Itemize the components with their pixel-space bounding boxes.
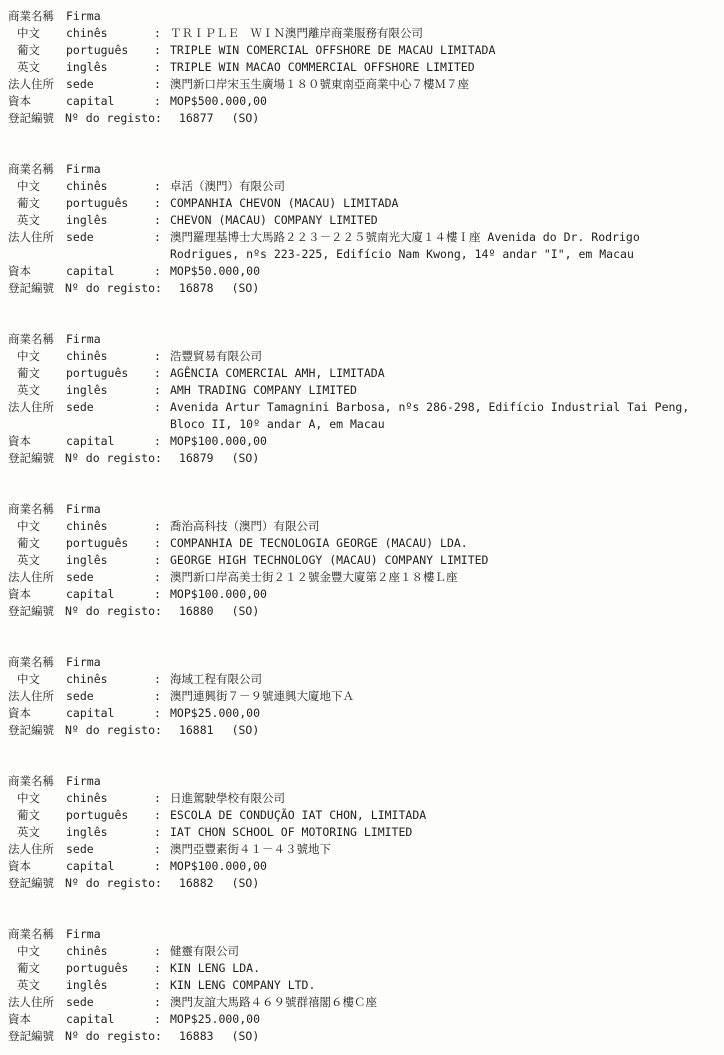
field-row-address: 法人住所sede:Avenida Artur Tamagnini Barbosa… — [8, 399, 714, 433]
registry-number: 16881 — [179, 722, 214, 739]
colon-separator: : — [154, 59, 170, 76]
label-zh-chinese-name: 中文 — [8, 25, 66, 42]
colon-separator: : — [154, 365, 170, 382]
registry-label-pt: Nº do registo: — [65, 450, 162, 467]
field-value-line: Bloco II, 10º andar A, em Macau — [170, 416, 714, 433]
label-pt-firm: Firma — [66, 926, 154, 943]
registry-entry: 商業名稱Firma中文chinês:ＴＲＩＰＬＥ ＷＩＮ澳門離岸商業服務有限公司… — [8, 8, 714, 127]
label-zh-firm: 商業名稱 — [8, 8, 66, 25]
field-value-line: AGÊNCIA COMERCIAL AMH, LIMITADA — [170, 365, 714, 382]
field-value-capital: MOP$25.000,00 — [170, 705, 714, 722]
field-row-firm: 商業名稱Firma — [8, 8, 714, 25]
registry-entries: 商業名稱Firma中文chinês:ＴＲＩＰＬＥ ＷＩＮ澳門離岸商業服務有限公司… — [8, 8, 714, 1045]
field-value-portuguese-name: TRIPLE WIN COMERCIAL OFFSHORE DE MACAU L… — [170, 42, 714, 59]
field-value-line: ESCOLA DE CONDUÇÃO IAT CHON, LIMITADA — [170, 807, 714, 824]
field-value-line: CHEVON (MACAU) COMPANY LIMITED — [170, 212, 714, 229]
colon-separator: : — [154, 994, 170, 1011]
colon-separator: : — [154, 348, 170, 365]
label-zh-capital: 資本 — [8, 433, 66, 450]
colon-separator: : — [154, 960, 170, 977]
label-zh-firm: 商業名稱 — [8, 926, 66, 943]
registry-entry: 商業名稱Firma中文chinês:日進駕駛學校有限公司葡文português:… — [8, 773, 714, 892]
field-row-address: 法人住所sede:澳門羅理基博士大馬路２２３－２２５號南光大廈１４樓Ｉ座 Ave… — [8, 229, 714, 263]
colon-separator: : — [154, 212, 170, 229]
label-zh-address: 法人住所 — [8, 841, 66, 858]
colon-separator: : — [154, 93, 170, 110]
colon-separator: : — [154, 671, 170, 688]
registry-number-row: 登記編號Nº do registo:16877(SO) — [8, 110, 714, 127]
field-row-capital: 資本capital:MOP$100.000,00 — [8, 433, 714, 450]
field-value-line: TRIPLE WIN COMERCIAL OFFSHORE DE MACAU L… — [170, 42, 714, 59]
label-pt-firm: Firma — [66, 161, 154, 178]
label-pt-chinese-name: chinês — [66, 671, 154, 688]
colon-separator: : — [154, 943, 170, 960]
label-pt-portuguese-name: português — [66, 535, 154, 552]
field-value-chinese-name: 海域工程有限公司 — [170, 671, 714, 688]
label-zh-portuguese-name: 葡文 — [8, 42, 66, 59]
label-pt-portuguese-name: português — [66, 365, 154, 382]
label-zh-english-name: 英文 — [8, 382, 66, 399]
field-value-capital: MOP$100.000,00 — [170, 586, 714, 603]
registry-number-row: 登記編號Nº do registo:16880(SO) — [8, 603, 714, 620]
registry-suffix: (SO) — [232, 280, 260, 297]
colon-separator: : — [154, 229, 170, 246]
field-value-english-name: IAT CHON SCHOOL OF MOTORING LIMITED — [170, 824, 714, 841]
field-value-english-name: CHEVON (MACAU) COMPANY LIMITED — [170, 212, 714, 229]
field-value-line: Rodrigues, nºs 223-225, Edifício Nam Kwo… — [170, 246, 714, 263]
field-row-chinese-name: 中文chinês:浩豐貿易有限公司 — [8, 348, 714, 365]
colon-separator: : — [154, 841, 170, 858]
field-row-address: 法人住所sede:澳門連興街７－９號連興大廈地下Ａ — [8, 688, 714, 705]
field-row-firm: 商業名稱Firma — [8, 161, 714, 178]
registry-number: 16879 — [179, 450, 214, 467]
registry-suffix: (SO) — [232, 450, 260, 467]
field-row-firm: 商業名稱Firma — [8, 654, 714, 671]
label-zh-portuguese-name: 葡文 — [8, 807, 66, 824]
label-pt-address: sede — [66, 399, 154, 416]
field-value-line: 澳門新口岸宋玉生廣場１８０號東南亞商業中心７樓Ｍ７座 — [170, 76, 714, 93]
field-row-portuguese-name: 葡文português:ESCOLA DE CONDUÇÃO IAT CHON,… — [8, 807, 714, 824]
field-value-line: Avenida Artur Tamagnini Barbosa, nºs 286… — [170, 399, 714, 416]
registry-suffix: (SO) — [232, 875, 260, 892]
label-pt-address: sede — [66, 688, 154, 705]
field-row-firm: 商業名稱Firma — [8, 501, 714, 518]
label-pt-capital: capital — [66, 433, 154, 450]
registry-label-pt: Nº do registo: — [65, 722, 162, 739]
registry-number: 16882 — [179, 875, 214, 892]
field-value-line: 澳門亞豐素街４１－４３號地下 — [170, 841, 714, 858]
label-pt-firm: Firma — [66, 8, 154, 25]
label-pt-english-name: inglês — [66, 59, 154, 76]
registry-suffix: (SO) — [232, 603, 260, 620]
label-pt-english-name: inglês — [66, 977, 154, 994]
label-pt-firm: Firma — [66, 501, 154, 518]
field-row-chinese-name: 中文chinês:ＴＲＩＰＬＥ ＷＩＮ澳門離岸商業服務有限公司 — [8, 25, 714, 42]
label-pt-firm: Firma — [66, 773, 154, 790]
registry-number-row: 登記編號Nº do registo:16882(SO) — [8, 875, 714, 892]
field-row-address: 法人住所sede:澳門新口岸高美士街２１２號金豐大廈第２座１８樓Ｌ座 — [8, 569, 714, 586]
field-row-address: 法人住所sede:澳門新口岸宋玉生廣場１８０號東南亞商業中心７樓Ｍ７座 — [8, 76, 714, 93]
label-pt-capital: capital — [66, 93, 154, 110]
colon-separator: : — [154, 807, 170, 824]
colon-separator: : — [154, 552, 170, 569]
field-value-line: 喬治高科技（澳門）有限公司 — [170, 518, 714, 535]
field-row-english-name: 英文inglês:GEORGE HIGH TECHNOLOGY (MACAU) … — [8, 552, 714, 569]
field-value-english-name: TRIPLE WIN MACAO COMMERCIAL OFFSHORE LIM… — [170, 59, 714, 76]
label-pt-chinese-name: chinês — [66, 348, 154, 365]
registry-label-zh: 登記編號 — [8, 450, 54, 467]
label-zh-chinese-name: 中文 — [8, 518, 66, 535]
label-pt-chinese-name: chinês — [66, 178, 154, 195]
field-row-english-name: 英文inglês:AMH TRADING COMPANY LIMITED — [8, 382, 714, 399]
label-pt-chinese-name: chinês — [66, 943, 154, 960]
colon-separator: : — [154, 977, 170, 994]
label-zh-english-name: 英文 — [8, 824, 66, 841]
field-value-line: 浩豐貿易有限公司 — [170, 348, 714, 365]
registry-suffix: (SO) — [232, 722, 260, 739]
registry-number: 16880 — [179, 603, 214, 620]
registry-label-pt: Nº do registo: — [65, 280, 162, 297]
label-pt-portuguese-name: português — [66, 960, 154, 977]
colon-separator: : — [154, 263, 170, 280]
field-value-line: MOP$100.000,00 — [170, 858, 714, 875]
field-row-firm: 商業名稱Firma — [8, 331, 714, 348]
field-row-portuguese-name: 葡文português:AGÊNCIA COMERCIAL AMH, LIMIT… — [8, 365, 714, 382]
field-value-line: MOP$100.000,00 — [170, 433, 714, 450]
field-value-english-name: AMH TRADING COMPANY LIMITED — [170, 382, 714, 399]
field-row-portuguese-name: 葡文português:COMPANHIA CHEVON (MACAU) LIM… — [8, 195, 714, 212]
field-value-line: ＴＲＩＰＬＥ ＷＩＮ澳門離岸商業服務有限公司 — [170, 25, 714, 42]
registry-entry: 商業名稱Firma中文chinês:卓活（澳門）有限公司葡文português:… — [8, 161, 714, 297]
registry-label-zh: 登記編號 — [8, 603, 54, 620]
field-value-line: 卓活（澳門）有限公司 — [170, 178, 714, 195]
colon-separator: : — [154, 25, 170, 42]
registry-suffix: (SO) — [232, 1028, 260, 1045]
label-pt-capital: capital — [66, 858, 154, 875]
field-row-chinese-name: 中文chinês:健靈有限公司 — [8, 943, 714, 960]
field-value-line: GEORGE HIGH TECHNOLOGY (MACAU) COMPANY L… — [170, 552, 714, 569]
field-row-capital: 資本capital:MOP$100.000,00 — [8, 586, 714, 603]
label-zh-english-name: 英文 — [8, 977, 66, 994]
label-zh-english-name: 英文 — [8, 212, 66, 229]
registry-number: 16883 — [179, 1028, 214, 1045]
label-pt-capital: capital — [66, 586, 154, 603]
registry-suffix: (SO) — [232, 110, 260, 127]
field-value-line: 日進駕駛學校有限公司 — [170, 790, 714, 807]
field-value-line: COMPANHIA DE TECNOLOGIA GEORGE (MACAU) L… — [170, 535, 714, 552]
registry-entry: 商業名稱Firma中文chinês:喬治高科技（澳門）有限公司葡文portugu… — [8, 501, 714, 620]
field-value-line: MOP$25.000,00 — [170, 1011, 714, 1028]
label-zh-chinese-name: 中文 — [8, 790, 66, 807]
field-value-capital: MOP$50.000,00 — [170, 263, 714, 280]
colon-separator: : — [154, 76, 170, 93]
colon-separator: : — [154, 1011, 170, 1028]
colon-separator: : — [154, 178, 170, 195]
field-row-firm: 商業名稱Firma — [8, 773, 714, 790]
field-value-line: MOP$100.000,00 — [170, 586, 714, 603]
field-value-line: COMPANHIA CHEVON (MACAU) LIMITADA — [170, 195, 714, 212]
field-value-english-name: KIN LENG COMPANY LTD. — [170, 977, 714, 994]
label-pt-chinese-name: chinês — [66, 518, 154, 535]
label-zh-portuguese-name: 葡文 — [8, 535, 66, 552]
colon-separator: : — [154, 518, 170, 535]
field-value-address: 澳門亞豐素街４１－４３號地下 — [170, 841, 714, 858]
field-value-line: MOP$25.000,00 — [170, 705, 714, 722]
gazette-registry-page: 商業名稱Firma中文chinês:ＴＲＩＰＬＥ ＷＩＮ澳門離岸商業服務有限公司… — [0, 0, 724, 1045]
label-zh-capital: 資本 — [8, 705, 66, 722]
label-pt-address: sede — [66, 994, 154, 1011]
label-zh-english-name: 英文 — [8, 552, 66, 569]
label-pt-address: sede — [66, 569, 154, 586]
colon-separator: : — [154, 688, 170, 705]
field-row-address: 法人住所sede:澳門亞豐素街４１－４３號地下 — [8, 841, 714, 858]
field-row-english-name: 英文inglês:KIN LENG COMPANY LTD. — [8, 977, 714, 994]
colon-separator: : — [154, 790, 170, 807]
field-row-capital: 資本capital:MOP$50.000,00 — [8, 263, 714, 280]
registry-entry: 商業名稱Firma中文chinês:海域工程有限公司法人住所sede:澳門連興街… — [8, 654, 714, 739]
field-row-chinese-name: 中文chinês:海域工程有限公司 — [8, 671, 714, 688]
label-zh-chinese-name: 中文 — [8, 943, 66, 960]
field-row-chinese-name: 中文chinês:日進駕駛學校有限公司 — [8, 790, 714, 807]
registry-label-zh: 登記編號 — [8, 875, 54, 892]
field-value-line: 澳門羅理基博士大馬路２２３－２２５號南光大廈１４樓Ｉ座 Avenida do D… — [170, 229, 714, 246]
field-value-address: 澳門羅理基博士大馬路２２３－２２５號南光大廈１４樓Ｉ座 Avenida do D… — [170, 229, 714, 263]
label-zh-chinese-name: 中文 — [8, 178, 66, 195]
field-value-line: 澳門友誼大馬路４６９號群禧閣６樓Ｃ座 — [170, 994, 714, 1011]
field-value-address: 澳門新口岸高美士街２１２號金豐大廈第２座１８樓Ｌ座 — [170, 569, 714, 586]
field-value-portuguese-name: AGÊNCIA COMERCIAL AMH, LIMITADA — [170, 365, 714, 382]
label-zh-address: 法人住所 — [8, 994, 66, 1011]
field-row-chinese-name: 中文chinês:喬治高科技（澳門）有限公司 — [8, 518, 714, 535]
field-row-english-name: 英文inglês:TRIPLE WIN MACAO COMMERCIAL OFF… — [8, 59, 714, 76]
field-value-line: TRIPLE WIN MACAO COMMERCIAL OFFSHORE LIM… — [170, 59, 714, 76]
label-zh-firm: 商業名稱 — [8, 654, 66, 671]
label-pt-address: sede — [66, 76, 154, 93]
label-zh-firm: 商業名稱 — [8, 331, 66, 348]
field-value-line: IAT CHON SCHOOL OF MOTORING LIMITED — [170, 824, 714, 841]
colon-separator: : — [154, 586, 170, 603]
field-row-address: 法人住所sede:澳門友誼大馬路４６９號群禧閣６樓Ｃ座 — [8, 994, 714, 1011]
colon-separator: : — [154, 858, 170, 875]
field-value-line: KIN LENG LDA. — [170, 960, 714, 977]
registry-label-pt: Nº do registo: — [65, 110, 162, 127]
field-value-line: MOP$50.000,00 — [170, 263, 714, 280]
field-value-address: 澳門連興街７－９號連興大廈地下Ａ — [170, 688, 714, 705]
colon-separator: : — [154, 433, 170, 450]
label-zh-address: 法人住所 — [8, 569, 66, 586]
colon-separator: : — [154, 399, 170, 416]
registry-number: 16878 — [179, 280, 214, 297]
label-pt-firm: Firma — [66, 331, 154, 348]
registry-number-row: 登記編號Nº do registo:16878(SO) — [8, 280, 714, 297]
field-row-capital: 資本capital:MOP$25.000,00 — [8, 1011, 714, 1028]
label-pt-capital: capital — [66, 705, 154, 722]
registry-label-zh: 登記編號 — [8, 1028, 54, 1045]
field-row-portuguese-name: 葡文português:TRIPLE WIN COMERCIAL OFFSHOR… — [8, 42, 714, 59]
label-zh-address: 法人住所 — [8, 399, 66, 416]
registry-label-zh: 登記編號 — [8, 110, 54, 127]
field-value-address: Avenida Artur Tamagnini Barbosa, nºs 286… — [170, 399, 714, 433]
field-value-capital: MOP$25.000,00 — [170, 1011, 714, 1028]
label-zh-portuguese-name: 葡文 — [8, 195, 66, 212]
registry-label-zh: 登記編號 — [8, 722, 54, 739]
field-value-capital: MOP$500.000,00 — [170, 93, 714, 110]
field-value-capital: MOP$100.000,00 — [170, 858, 714, 875]
registry-label-zh: 登記編號 — [8, 280, 54, 297]
registry-label-pt: Nº do registo: — [65, 1028, 162, 1045]
label-zh-address: 法人住所 — [8, 76, 66, 93]
registry-number-row: 登記編號Nº do registo:16879(SO) — [8, 450, 714, 467]
label-zh-capital: 資本 — [8, 586, 66, 603]
field-value-address: 澳門友誼大馬路４６９號群禧閣６樓Ｃ座 — [170, 994, 714, 1011]
field-value-line: 海域工程有限公司 — [170, 671, 714, 688]
colon-separator: : — [154, 42, 170, 59]
label-zh-chinese-name: 中文 — [8, 671, 66, 688]
field-value-chinese-name: 喬治高科技（澳門）有限公司 — [170, 518, 714, 535]
registry-entry: 商業名稱Firma中文chinês:健靈有限公司葡文português:KIN … — [8, 926, 714, 1045]
label-pt-capital: capital — [66, 263, 154, 280]
label-zh-firm: 商業名稱 — [8, 773, 66, 790]
field-row-portuguese-name: 葡文português:KIN LENG LDA. — [8, 960, 714, 977]
field-value-line: MOP$500.000,00 — [170, 93, 714, 110]
field-value-english-name: GEORGE HIGH TECHNOLOGY (MACAU) COMPANY L… — [170, 552, 714, 569]
label-pt-address: sede — [66, 229, 154, 246]
label-pt-english-name: inglês — [66, 824, 154, 841]
registry-entry: 商業名稱Firma中文chinês:浩豐貿易有限公司葡文português:AG… — [8, 331, 714, 467]
field-row-capital: 資本capital:MOP$500.000,00 — [8, 93, 714, 110]
label-pt-portuguese-name: português — [66, 42, 154, 59]
label-zh-firm: 商業名稱 — [8, 161, 66, 178]
label-pt-english-name: inglês — [66, 552, 154, 569]
label-zh-firm: 商業名稱 — [8, 501, 66, 518]
label-pt-english-name: inglês — [66, 382, 154, 399]
registry-number: 16877 — [179, 110, 214, 127]
colon-separator: : — [154, 195, 170, 212]
label-pt-chinese-name: chinês — [66, 790, 154, 807]
field-value-chinese-name: 卓活（澳門）有限公司 — [170, 178, 714, 195]
field-value-chinese-name: 浩豐貿易有限公司 — [170, 348, 714, 365]
field-value-line: 澳門新口岸高美士街２１２號金豐大廈第２座１８樓Ｌ座 — [170, 569, 714, 586]
field-row-english-name: 英文inglês:IAT CHON SCHOOL OF MOTORING LIM… — [8, 824, 714, 841]
field-value-portuguese-name: COMPANHIA CHEVON (MACAU) LIMITADA — [170, 195, 714, 212]
label-zh-capital: 資本 — [8, 263, 66, 280]
registry-number-row: 登記編號Nº do registo:16881(SO) — [8, 722, 714, 739]
label-pt-firm: Firma — [66, 654, 154, 671]
label-pt-english-name: inglês — [66, 212, 154, 229]
field-value-line: 澳門連興街７－９號連興大廈地下Ａ — [170, 688, 714, 705]
label-pt-chinese-name: chinês — [66, 25, 154, 42]
field-value-chinese-name: 健靈有限公司 — [170, 943, 714, 960]
colon-separator: : — [154, 705, 170, 722]
field-value-line: 健靈有限公司 — [170, 943, 714, 960]
label-zh-chinese-name: 中文 — [8, 348, 66, 365]
registry-label-pt: Nº do registo: — [65, 875, 162, 892]
label-zh-capital: 資本 — [8, 1011, 66, 1028]
label-pt-portuguese-name: português — [66, 195, 154, 212]
field-row-chinese-name: 中文chinês:卓活（澳門）有限公司 — [8, 178, 714, 195]
field-row-capital: 資本capital:MOP$100.000,00 — [8, 858, 714, 875]
label-zh-english-name: 英文 — [8, 59, 66, 76]
colon-separator: : — [154, 535, 170, 552]
field-value-line: AMH TRADING COMPANY LIMITED — [170, 382, 714, 399]
field-value-portuguese-name: COMPANHIA DE TECNOLOGIA GEORGE (MACAU) L… — [170, 535, 714, 552]
colon-separator: : — [154, 382, 170, 399]
field-row-firm: 商業名稱Firma — [8, 926, 714, 943]
registry-label-pt: Nº do registo: — [65, 603, 162, 620]
label-zh-address: 法人住所 — [8, 229, 66, 246]
label-pt-capital: capital — [66, 1011, 154, 1028]
field-row-capital: 資本capital:MOP$25.000,00 — [8, 705, 714, 722]
field-value-chinese-name: 日進駕駛學校有限公司 — [170, 790, 714, 807]
field-value-portuguese-name: ESCOLA DE CONDUÇÃO IAT CHON, LIMITADA — [170, 807, 714, 824]
label-zh-portuguese-name: 葡文 — [8, 960, 66, 977]
colon-separator: : — [154, 824, 170, 841]
field-row-english-name: 英文inglês:CHEVON (MACAU) COMPANY LIMITED — [8, 212, 714, 229]
field-value-address: 澳門新口岸宋玉生廣場１８０號東南亞商業中心７樓Ｍ７座 — [170, 76, 714, 93]
label-pt-address: sede — [66, 841, 154, 858]
label-pt-portuguese-name: português — [66, 807, 154, 824]
field-row-portuguese-name: 葡文português:COMPANHIA DE TECNOLOGIA GEOR… — [8, 535, 714, 552]
field-value-chinese-name: ＴＲＩＰＬＥ ＷＩＮ澳門離岸商業服務有限公司 — [170, 25, 714, 42]
registry-number-row: 登記編號Nº do registo:16883(SO) — [8, 1028, 714, 1045]
label-zh-capital: 資本 — [8, 858, 66, 875]
field-value-line: KIN LENG COMPANY LTD. — [170, 977, 714, 994]
label-zh-address: 法人住所 — [8, 688, 66, 705]
label-zh-capital: 資本 — [8, 93, 66, 110]
field-value-portuguese-name: KIN LENG LDA. — [170, 960, 714, 977]
field-value-capital: MOP$100.000,00 — [170, 433, 714, 450]
colon-separator: : — [154, 569, 170, 586]
label-zh-portuguese-name: 葡文 — [8, 365, 66, 382]
